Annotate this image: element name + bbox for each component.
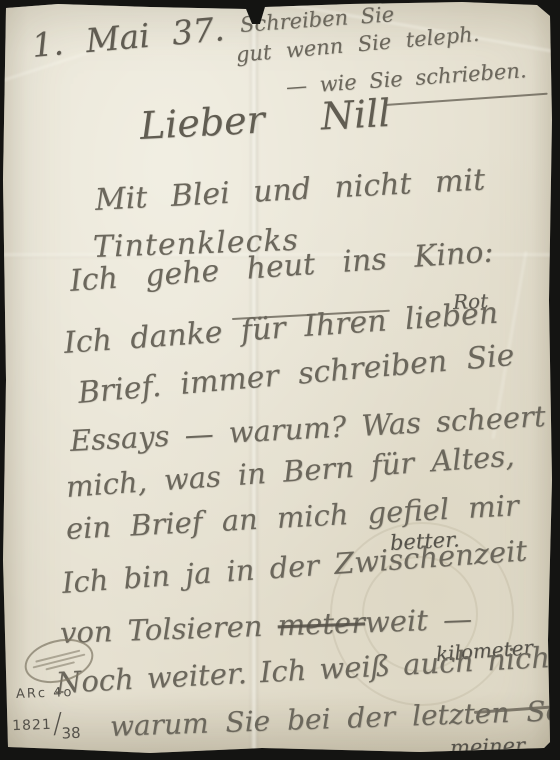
body-line: Noch weiter. Ich weiß auch nicht [55, 640, 560, 700]
struck-word: meter [277, 605, 365, 642]
letter-scan: 1. Mai 37. Schreiben Sie gut wenn Sie te… [0, 0, 560, 760]
pencil-underline [386, 93, 548, 106]
body-line-cutoff: meiner [450, 733, 526, 760]
letter-paper: 1. Mai 37. Schreiben Sie gut wenn Sie te… [0, 0, 560, 760]
strike-line-pre: von Tolsieren [59, 608, 278, 650]
body-line: Mit Blei und nicht mit [94, 163, 486, 218]
date-line: 1. Mai 37. [30, 9, 226, 65]
shelfmark-year: 38 [61, 724, 81, 743]
shelfmark-line2: 1821/38 [11, 702, 80, 737]
header-note-line: — wie Sie schrieben. [285, 58, 527, 99]
shelfmark-line1: ARc 4o [16, 685, 74, 702]
salutation: Lieber Nill [139, 91, 392, 148]
strike-line-post: weit — [364, 602, 472, 640]
shelfmark-number: 1821 [12, 717, 52, 734]
